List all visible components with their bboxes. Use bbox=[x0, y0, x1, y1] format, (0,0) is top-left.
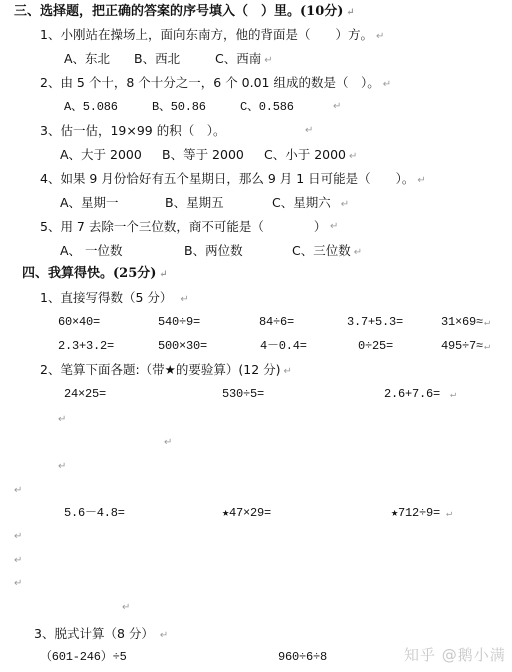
paragraph-mark-icon: ↵ bbox=[14, 578, 22, 590]
part-3-title: 3、脱式计算（8 分）↵ bbox=[34, 626, 168, 644]
q5-option-b: B、两位数 bbox=[184, 243, 243, 259]
q2-option-c: C、0.586 bbox=[240, 99, 294, 115]
written-calc-4: 5.6－4.8= bbox=[64, 505, 125, 521]
q2-option-b: B、50.86 bbox=[152, 99, 206, 115]
q4-option-c: C、星期六↵ bbox=[272, 195, 349, 213]
paragraph-mark-icon: ↵ bbox=[164, 437, 172, 449]
q1-option-c: C、西南↵ bbox=[215, 51, 273, 69]
calc-2-2: 500×30= bbox=[158, 338, 207, 354]
calc-2-3: 4－0.4= bbox=[260, 338, 307, 354]
question-3: 3、估一估，19×99 的积（ ）。 bbox=[40, 123, 225, 139]
paragraph-mark-icon: ↵ bbox=[484, 342, 490, 353]
question-1: 1、小刚站在操场上，面向东南方，他的背面是（ ）方。↵ bbox=[40, 27, 384, 45]
q3-option-b: B、等于 2000 bbox=[162, 147, 244, 163]
step-calc-2: 960÷6÷8 bbox=[278, 649, 327, 665]
calc-1-2: 540÷9= bbox=[158, 314, 200, 330]
paragraph-mark-icon: ↵ bbox=[14, 531, 22, 543]
part-2-title: 2、笔算下面各题:（带★的要验算）(12 分)↵ bbox=[40, 362, 292, 380]
paragraph-mark-icon: ↵ bbox=[14, 555, 22, 567]
paragraph-mark-icon: ↵ bbox=[305, 125, 313, 137]
q4-option-a: A、星期一 bbox=[60, 195, 119, 211]
q1-option-b: B、西北 bbox=[134, 51, 180, 67]
paragraph-mark-icon: ↵ bbox=[349, 151, 357, 162]
paragraph-mark-icon: ↵ bbox=[122, 602, 130, 614]
paragraph-mark-icon: ↵ bbox=[376, 31, 384, 42]
q3-option-a: A、大于 2000 bbox=[60, 147, 142, 163]
paragraph-mark-icon: ↵ bbox=[284, 366, 292, 377]
paragraph-mark-icon: ↵ bbox=[354, 247, 362, 258]
part-1-title: 1、直接写得数（5 分）↵ bbox=[40, 290, 189, 308]
calc-1-4: 3.7+5.3= bbox=[347, 314, 403, 330]
paragraph-mark-icon: ↵ bbox=[330, 221, 338, 233]
question-5: 5、用 7 去除一个三位数，商不可能是（ ） bbox=[40, 219, 326, 235]
paragraph-mark-icon: ↵ bbox=[264, 55, 272, 66]
written-calc-6-verify: ★712÷9=↵ bbox=[391, 505, 452, 523]
written-calc-1: 24×25= bbox=[64, 386, 106, 402]
step-calc-1: （601-246）÷5 bbox=[40, 649, 127, 665]
q1-option-a: A、东北 bbox=[64, 51, 110, 67]
q4-option-b: B、星期五 bbox=[165, 195, 224, 211]
q2-option-a: A、5.086 bbox=[64, 99, 118, 115]
paragraph-mark-icon: ↵ bbox=[160, 630, 168, 641]
q5-option-a: A、 一位数 bbox=[60, 243, 123, 259]
paragraph-mark-icon: ↵ bbox=[484, 318, 490, 329]
question-2: 2、由 5 个十，8 个十分之一，6 个 0.01 组成的数是（ ）。↵ bbox=[40, 75, 391, 93]
q5-option-c: C、三位数↵ bbox=[292, 243, 362, 261]
written-calc-5-verify: ★47×29= bbox=[222, 505, 271, 521]
calc-1-5: 31×69≈↵ bbox=[441, 314, 490, 332]
paragraph-mark-icon: ↵ bbox=[14, 485, 22, 497]
paragraph-mark-icon: ↵ bbox=[58, 461, 66, 473]
paragraph-mark-icon: ↵ bbox=[180, 294, 188, 305]
paragraph-mark-icon: ↵ bbox=[346, 7, 354, 18]
paragraph-mark-icon: ↵ bbox=[417, 175, 425, 186]
q3-option-c: C、小于 2000↵ bbox=[264, 147, 357, 165]
watermark: 知乎 @鹅小满 bbox=[404, 644, 506, 665]
written-calc-2: 530÷5= bbox=[222, 386, 264, 402]
paragraph-mark-icon: ↵ bbox=[383, 79, 391, 90]
calc-2-5: 495÷7≈↵ bbox=[441, 338, 490, 356]
paragraph-mark-icon: ↵ bbox=[333, 101, 341, 113]
calc-1-1: 60×40= bbox=[58, 314, 100, 330]
question-4: 4、如果 9 月份恰好有五个星期日，那么 9 月 1 日可能是（ ）。↵ bbox=[40, 171, 426, 189]
paragraph-mark-icon: ↵ bbox=[446, 509, 452, 520]
written-calc-3: 2.6+7.6=↵ bbox=[384, 386, 456, 404]
calc-1-3: 84÷6= bbox=[259, 314, 294, 330]
calc-2-1: 2.3+3.2= bbox=[58, 338, 114, 354]
paragraph-mark-icon: ↵ bbox=[159, 269, 167, 280]
section-3-title: 三、选择题，把正确的答案的序号填入（ ）里。(10分)↵ bbox=[14, 4, 355, 21]
paragraph-mark-icon: ↵ bbox=[58, 414, 66, 426]
paragraph-mark-icon: ↵ bbox=[341, 199, 349, 210]
section-4-title: 四、我算得快。(25分)↵ bbox=[22, 266, 168, 283]
paragraph-mark-icon: ↵ bbox=[450, 390, 456, 401]
calc-2-4: 0÷25= bbox=[358, 338, 393, 354]
